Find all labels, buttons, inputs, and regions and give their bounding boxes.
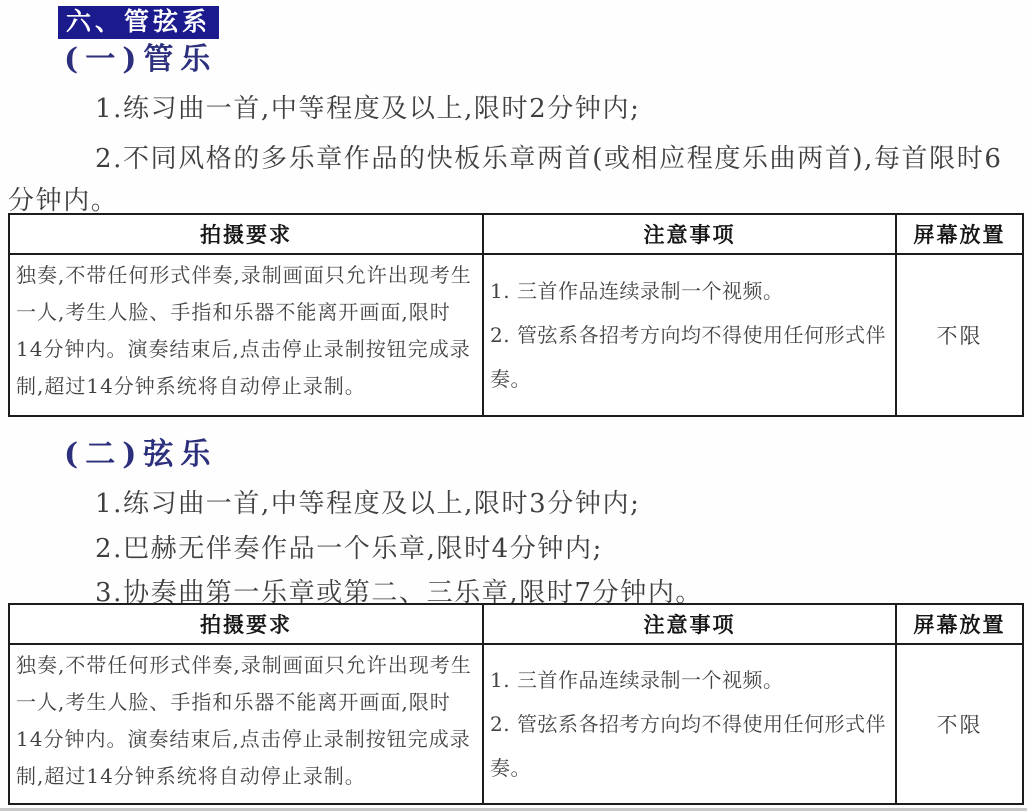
cell-shooting-requirements: 独奏,不带任何形式伴奏,录制画面只允许出现考生一人,考生人脸、手指和乐器不能离开… (9, 254, 483, 416)
cell-screen-placement: 不限 (896, 254, 1023, 416)
requirement-item: 2.不同风格的多乐章作品的快板乐章两首(或相应程度乐曲两首),每首限时6分钟内。 (8, 138, 1021, 222)
requirement-item: 2.巴赫无伴奏作品一个乐章,限时4分钟内; (8, 532, 1021, 566)
cell-notes: 1. 三首作品连续录制一个视频。 2. 管弦系各招考方向均不得使用任何形式伴奏。 (483, 644, 896, 804)
table-row: 独奏,不带任何形式伴奏,录制画面只允许出现考生一人,考生人脸、手指和乐器不能离开… (9, 644, 1023, 804)
requirement-item: 1.练习曲一首,中等程度及以上,限时2分钟内; (8, 92, 1021, 126)
requirements-table-wind: 拍摄要求 注意事项 屏幕放置 独奏,不带任何形式伴奏,录制画面只允许出现考生一人… (8, 213, 1024, 417)
note-line: 2. 管弦系各招考方向均不得使用任何形式伴奏。 (490, 313, 891, 401)
table-row: 独奏,不带任何形式伴奏,录制画面只允许出现考生一人,考生人脸、手指和乐器不能离开… (9, 254, 1023, 416)
col-header-notes: 注意事项 (483, 604, 896, 644)
col-header-screen-placement: 屏幕放置 (896, 214, 1023, 254)
note-line: 1. 三首作品连续录制一个视频。 (490, 269, 891, 313)
subsection-heading-strings: (二)弦乐 (64, 437, 217, 473)
table-header-row: 拍摄要求 注意事项 屏幕放置 (9, 214, 1023, 254)
col-header-notes: 注意事项 (483, 214, 896, 254)
note-line: 2. 管弦系各招考方向均不得使用任何形式伴奏。 (490, 702, 891, 790)
cell-shooting-requirements: 独奏,不带任何形式伴奏,录制画面只允许出现考生一人,考生人脸、手指和乐器不能离开… (9, 644, 483, 804)
col-header-shooting-requirements: 拍摄要求 (9, 214, 483, 254)
table-header-row: 拍摄要求 注意事项 屏幕放置 (9, 604, 1023, 644)
col-header-screen-placement: 屏幕放置 (896, 604, 1023, 644)
cell-notes: 1. 三首作品连续录制一个视频。 2. 管弦系各招考方向均不得使用任何形式伴奏。 (483, 254, 896, 416)
note-line: 1. 三首作品连续录制一个视频。 (490, 658, 891, 702)
section-title: 六、管弦系 (58, 6, 219, 39)
cell-screen-placement: 不限 (896, 644, 1023, 804)
requirements-table-strings: 拍摄要求 注意事项 屏幕放置 独奏,不带任何形式伴奏,录制画面只允许出现考生一人… (8, 603, 1024, 805)
document-page: 六、管弦系 (一)管乐 1.练习曲一首,中等程度及以上,限时2分钟内; 2.不同… (0, 0, 1027, 811)
col-header-shooting-requirements: 拍摄要求 (9, 604, 483, 644)
subsection-heading-wind: (一)管乐 (64, 42, 217, 78)
requirement-item: 1.练习曲一首,中等程度及以上,限时3分钟内; (8, 487, 1021, 521)
